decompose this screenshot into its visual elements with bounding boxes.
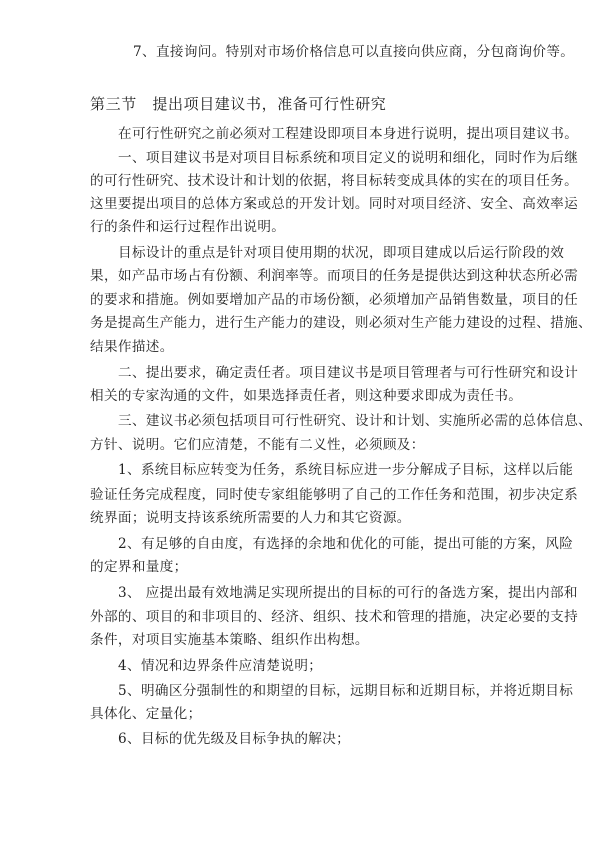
paragraph-line: 的要求和措施。例如要增加产品的市场份额，必须增加产品销售数量，项目的任 (90, 292, 520, 308)
list-item-line: 外部的、项目的和非项目的、经济、组织、技术和管理的措施，决定必要的支持 (90, 609, 520, 625)
paragraph-line: 三、建议书必须包括项目可行性研究、设计和计划、实施所必需的总体信息、 (118, 413, 520, 429)
paragraph-line: 务是提高生产能力，进行生产能力的建设，则必须对生产能力建设的过程、措施、 (90, 315, 520, 331)
section-heading: 第三节 提出项目建议书，准备可行性研究 (90, 96, 520, 112)
paragraph-line: 在可行性研究之前必须对工程建设即项目本身进行说明，提出项目建议书。 (118, 126, 520, 142)
list-item-line: 5、明确区分强制性的和期望的目标，远期目标和近期目标，并将近期目标 (118, 683, 520, 699)
paragraph-line: 二、提出要求，确定责任者。项目建议书是项目管理者与可行性研究和设计 (118, 365, 520, 381)
list-item-line: 2、有足够的自由度，有选择的余地和优化的可能，提出可能的方案，风险 (118, 536, 520, 552)
list-item-7: 7、直接询问。特别对市场价格信息可以直接向供应商，分包商询价等。 (133, 44, 563, 60)
list-item-line: 的定界和量度； (90, 559, 520, 575)
list-item-line: 1、系统目标应转变为任务，系统目标应进一步分解成子目标，这样以后能 (118, 462, 520, 478)
list-item-line: 4、情况和边界条件应清楚说明； (118, 658, 520, 674)
list-item-line: 条件，对项目实施基本策略、组织作出构想。 (90, 632, 520, 648)
paragraph-line: 的可行性研究、技术设计和计划的依据，将目标转变成具体的实在的项目任务。 (90, 173, 520, 189)
paragraph-line: 相关的专家沟通的文件，如果选择责任者，则这种要求即成为责任书。 (90, 388, 520, 404)
paragraph-line: 这里要提出项目的总体方案或总的开发计划。同时对项目经济、安全、高效率运 (90, 196, 520, 212)
list-item-line: 验证任务完成程度，同时使专家组能够明了自己的工作任务和范围，初步决定系 (90, 487, 520, 503)
document-page: 7、直接询问。特别对市场价格信息可以直接向供应商，分包商询价等。 第三节 提出项… (0, 0, 609, 842)
list-item-line: 6、目标的优先级及目标争执的解决； (118, 731, 520, 747)
paragraph-line: 结果作描述。 (90, 339, 520, 355)
paragraph-line: 一、项目建议书是对项目目标系统和项目定义的说明和细化，同时作为后继 (118, 150, 520, 166)
paragraph-line: 果，如产品市场占有份额、利润率等。而项目的任务是提供达到这种状态所必需 (90, 268, 520, 284)
list-item-line: 3、 应提出最有效地满足实现所提出的目标的可行的备选方案，提出内部和 (118, 585, 520, 601)
paragraph-line: 方针、说明。它们应清楚，不能有二义性，必须顾及： (90, 437, 520, 453)
paragraph-line: 目标设计的重点是针对项目使用期的状况，即项目建成以后运行阶段的效 (118, 245, 520, 261)
list-item-line: 统界面；说明支持该系统所需要的人力和其它资源。 (90, 510, 520, 526)
list-item-line: 具体化、定量化； (90, 706, 520, 722)
paragraph-line: 行的条件和运行过程作出说明。 (90, 219, 520, 235)
